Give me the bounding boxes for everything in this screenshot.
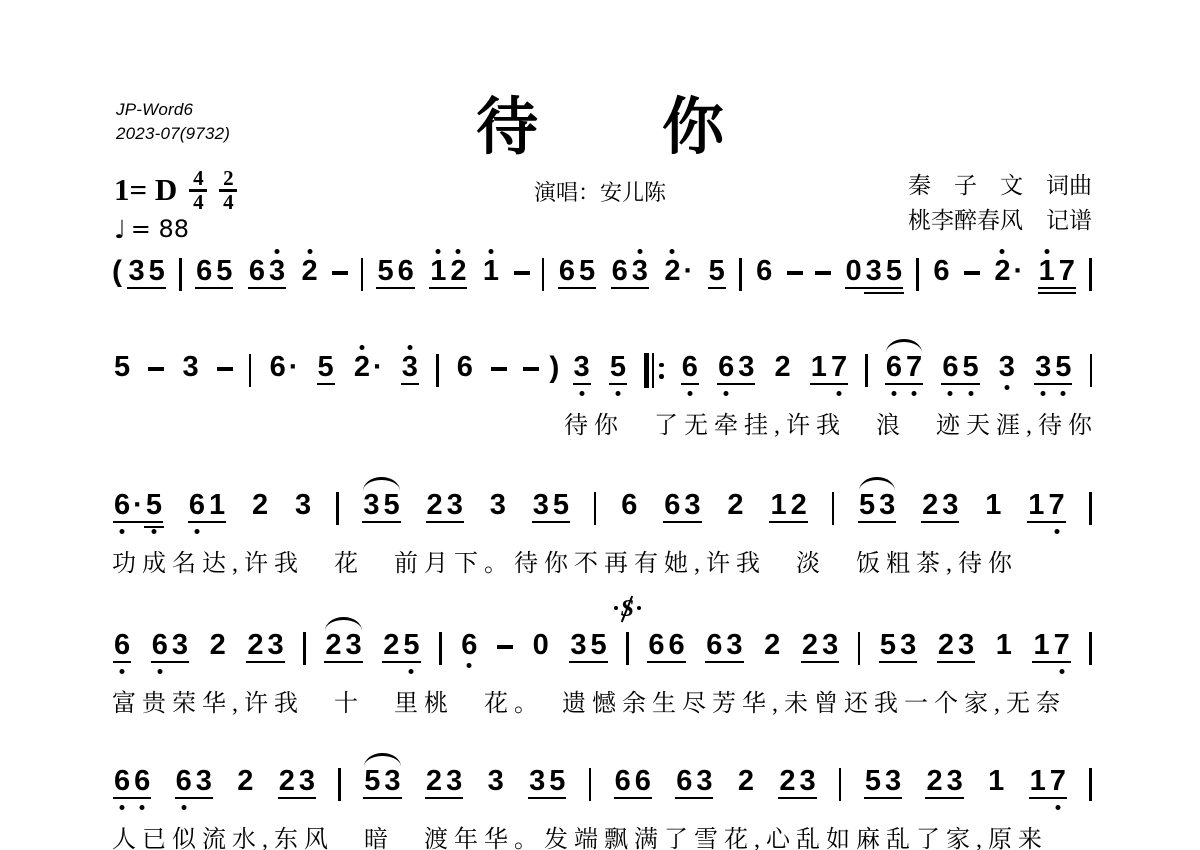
quarter-note-icon: ♩ xyxy=(114,215,126,244)
note-group: 63 xyxy=(704,630,744,660)
time-sig-denominator: 4 xyxy=(223,194,234,211)
note-digit: 3 xyxy=(956,630,976,660)
note-group: 5 xyxy=(707,256,727,286)
note-digit: 3 xyxy=(293,490,313,520)
octave-down-dot xyxy=(1004,385,1009,390)
note-digit: 1 xyxy=(1031,630,1051,660)
note-group: 6 xyxy=(459,630,479,660)
octave-down-dot xyxy=(912,391,917,396)
note-group: 65 xyxy=(940,352,980,382)
note-digit: 5 xyxy=(316,352,336,382)
note-group: 35 xyxy=(568,630,608,660)
note-digit: 2 xyxy=(424,766,444,796)
note-group: 63 xyxy=(610,256,650,286)
dash-continuation xyxy=(148,367,164,371)
note-group: 3 xyxy=(400,352,420,382)
note-group: 5 xyxy=(112,352,132,382)
note-group: 12 xyxy=(428,256,468,286)
note-group: 17 xyxy=(1031,630,1071,660)
note-digit: 2 xyxy=(736,766,756,796)
note-digit: 5 xyxy=(547,766,567,796)
note-digit: 7 xyxy=(1048,766,1068,796)
octave-down-dot xyxy=(1041,391,1046,396)
note-group: 66 xyxy=(646,630,686,660)
note-digit: 3 xyxy=(797,766,817,796)
notes-row: 66322323256035S66632235323117 xyxy=(112,630,1092,674)
note-digit: 3 xyxy=(820,630,840,660)
note-digit: 6 xyxy=(132,766,152,796)
octave-down-dot xyxy=(151,529,156,534)
octave-up-dot xyxy=(456,249,461,254)
lyricist-composer-credit: 秦 子 文 词曲 xyxy=(908,168,1092,203)
note-digit: 3 xyxy=(572,352,592,382)
octave-up-dot xyxy=(1044,249,1049,254)
augmentation-dot: · xyxy=(1012,256,1024,286)
note-group: 23 xyxy=(924,766,964,796)
dash-continuation xyxy=(332,271,348,275)
note-group: 23 xyxy=(424,766,464,796)
note-group: 53 xyxy=(863,766,903,796)
note-digit: 6 xyxy=(680,352,700,382)
note-digit: 3 xyxy=(400,352,420,382)
note-digit: 2 xyxy=(992,256,1012,286)
note-group: 23 xyxy=(936,630,976,660)
note-digit: 6 xyxy=(247,256,267,286)
music-system: 536·52·36)356632176765335待你 了无牵挂,许我 浪 迹天… xyxy=(112,352,1092,440)
note-digit: 6 xyxy=(716,352,736,382)
octave-down-dot xyxy=(968,391,973,396)
repeat-dot xyxy=(659,363,664,368)
repeat-dot xyxy=(659,374,664,379)
note-digit: 3 xyxy=(444,766,464,796)
note-digit: 2 xyxy=(800,630,820,660)
note-group: 6 xyxy=(112,630,132,660)
time-sig-denominator: 4 xyxy=(193,194,204,211)
song-title: 待 你 xyxy=(0,96,1200,161)
note-digit: 2 xyxy=(235,766,255,796)
note-digit: 6 xyxy=(633,766,653,796)
note-digit: 2 xyxy=(762,630,782,660)
barline xyxy=(832,492,835,525)
note-digit: 3 xyxy=(898,630,918,660)
note-group: 035 xyxy=(844,256,904,286)
octave-up-dot xyxy=(407,345,412,350)
note-digit: 0 xyxy=(531,630,551,660)
barline xyxy=(439,632,442,665)
note-digit: 5 xyxy=(214,256,234,286)
note-group: 63 xyxy=(247,256,287,286)
note-group: 35 xyxy=(527,766,567,796)
repeat-begin-sign xyxy=(644,353,664,388)
credits-block: 秦 子 文 词曲 桃李醉春风 记谱 xyxy=(908,168,1092,238)
note-digit: 2 xyxy=(250,490,270,520)
note-digit: 3 xyxy=(877,490,897,520)
note-digit: 7 xyxy=(1052,630,1072,660)
note-group: 67 xyxy=(884,352,924,382)
note-digit: 6 xyxy=(112,766,132,796)
note-digit: 6 xyxy=(610,256,630,286)
note-digit: 3 xyxy=(344,630,364,660)
note-digit: 2 xyxy=(448,256,468,286)
barline xyxy=(1089,258,1092,291)
barline xyxy=(179,258,182,291)
note-digit: 1 xyxy=(809,352,829,382)
note-group: 2 xyxy=(300,256,320,286)
barline xyxy=(1089,492,1092,525)
note-digit: 1 xyxy=(994,630,1014,660)
note-digit: 6 xyxy=(613,766,633,796)
repeat-thick-bar xyxy=(644,353,649,388)
music-system: 6663223532333566632235323117人已似流水,东风 暗 渡… xyxy=(112,766,1092,850)
music-system: 66322323256035S66632235323117富贵荣华,许我 十 里… xyxy=(112,630,1092,718)
note-group: 2· xyxy=(352,352,384,382)
dash-continuation xyxy=(497,645,513,649)
note-digit: 3 xyxy=(445,490,465,520)
note-group: 53 xyxy=(878,630,918,660)
note-group: 1 xyxy=(983,490,1003,520)
note-group: 17 xyxy=(1026,490,1066,520)
tempo-value: = 88 xyxy=(131,215,189,243)
note-digit: 7 xyxy=(1057,256,1077,286)
note-digit: 1 xyxy=(768,490,788,520)
note-group: 23 xyxy=(920,490,960,520)
barline: S xyxy=(626,632,629,665)
note-digit: 6 xyxy=(667,630,687,660)
note-digit: 2 xyxy=(725,490,745,520)
note-digit: 6 xyxy=(459,630,479,660)
octave-down-dot xyxy=(181,805,186,810)
note-digit: 3 xyxy=(267,256,287,286)
repeat-dots xyxy=(659,363,664,379)
note-group: 6 xyxy=(619,490,639,520)
dash-continuation xyxy=(491,367,507,371)
note-digit: 2 xyxy=(323,630,343,660)
notes-row: (35656325612165632·5603562·17 xyxy=(112,256,1092,300)
notes-row: 6663223532333566632235323117 xyxy=(112,766,1092,810)
octave-down-dot xyxy=(120,805,125,810)
octave-down-dot xyxy=(687,391,692,396)
note-digit: 6 xyxy=(674,766,694,796)
note-digit: 5 xyxy=(577,256,597,286)
note-group: 63 xyxy=(150,630,190,660)
lyrics-line: 人已似流水,东风 暗 渡年华。发端飘满了雪花,心乱如麻乱了家,原来 xyxy=(112,819,1092,850)
barline xyxy=(916,258,919,291)
octave-down-dot xyxy=(1054,529,1059,534)
tempo-row: ♩ = 88 xyxy=(114,215,237,244)
notes-row: 6·5612335233356632125323117 xyxy=(112,490,1092,534)
note-group: 3 xyxy=(488,490,508,520)
note-group: 66 xyxy=(112,766,152,796)
note-group: 6 xyxy=(931,256,951,286)
note-digit: 5 xyxy=(608,352,628,382)
parenthesis: ( xyxy=(112,256,122,287)
dash-continuation xyxy=(815,271,831,275)
note-digit: 6 xyxy=(174,766,194,796)
note-digit: 5 xyxy=(362,766,382,796)
note-group: 66 xyxy=(613,766,653,796)
music-system: (35656325612165632·5603562·17 xyxy=(112,256,1092,300)
dash-continuation xyxy=(964,271,980,275)
note-digit: 2 xyxy=(352,352,372,382)
note-digit: 5 xyxy=(112,352,132,382)
note-group: 5 xyxy=(316,352,336,382)
note-digit: 3 xyxy=(170,630,190,660)
note-group: 6· xyxy=(268,352,300,382)
parenthesis: ) xyxy=(549,352,559,383)
barline xyxy=(249,354,252,387)
note-group: 6 xyxy=(455,352,475,382)
note-digit: 3 xyxy=(126,256,146,286)
note-digit: 3 xyxy=(736,352,756,382)
note-digit: 2 xyxy=(936,630,956,660)
note-digit: 6 xyxy=(112,630,132,660)
note-digit: 2 xyxy=(777,766,797,796)
octave-down-dot xyxy=(120,529,125,534)
note-digit: 6 xyxy=(704,630,724,660)
notes-row: 536·52·36)356632176765335 xyxy=(112,352,1092,396)
note-digit: 7 xyxy=(1046,490,1066,520)
barline xyxy=(1089,768,1092,801)
note-group: 23 xyxy=(425,490,465,520)
octave-down-dot xyxy=(1059,669,1064,674)
augmentation-dot: · xyxy=(132,490,144,520)
note-group: 1 xyxy=(986,766,1006,796)
octave-down-dot xyxy=(467,663,472,668)
note-group: 2 xyxy=(725,490,745,520)
note-digit: 5 xyxy=(382,490,402,520)
repeat-thin-bar xyxy=(652,353,654,388)
note-digit: 3 xyxy=(997,352,1017,382)
augmentation-dot: · xyxy=(372,352,384,382)
note-group: 63 xyxy=(662,490,702,520)
note-group: 17 xyxy=(809,352,849,382)
note-digit: 0 xyxy=(844,256,864,286)
octave-down-dot xyxy=(615,391,620,396)
dash-continuation xyxy=(787,271,803,275)
lyrics-line: 功成名达,许我 花 前月下。待你不再有她,许我 淡 饭粗茶,待你 xyxy=(112,543,1092,578)
time-signature-second: 2 4 xyxy=(219,170,237,211)
note-digit: 1 xyxy=(1037,256,1057,286)
octave-down-dot xyxy=(140,805,145,810)
octave-down-dot xyxy=(409,669,414,674)
note-digit: 1 xyxy=(983,490,1003,520)
note-group: 65 xyxy=(194,256,234,286)
octave-down-dot xyxy=(157,669,162,674)
octave-down-dot xyxy=(1061,391,1066,396)
note-digit: 6 xyxy=(646,630,666,660)
note-digit: 6 xyxy=(396,256,416,286)
note-group: 23 xyxy=(277,766,317,796)
octave-down-dot xyxy=(120,669,125,674)
note-group: 35 xyxy=(126,256,166,286)
barline xyxy=(858,632,861,665)
lyrics-line: 待你 了无牵挂,许我 浪 迹天涯,待你 xyxy=(564,405,1092,440)
note-group: 6·5 xyxy=(112,490,164,520)
note-digit: 3 xyxy=(382,766,402,796)
time-signature-first: 4 4 xyxy=(189,170,207,211)
note-group: 65 xyxy=(557,256,597,286)
note-group: 63 xyxy=(174,766,214,796)
note-digit: 3 xyxy=(568,630,588,660)
note-group: 53 xyxy=(362,766,402,796)
note-digit: 5 xyxy=(863,766,883,796)
note-digit: 6 xyxy=(194,256,214,286)
octave-up-dot xyxy=(670,249,675,254)
note-digit: 5 xyxy=(144,490,164,520)
note-digit: 2 xyxy=(208,630,228,660)
barline xyxy=(436,354,439,387)
note-digit: 6 xyxy=(150,630,170,660)
key-signature-block: 1= D 4 4 2 4 ♩ = 88 xyxy=(114,170,237,244)
barline xyxy=(589,768,592,801)
note-digit: 1 xyxy=(207,490,227,520)
note-digit: 3 xyxy=(180,352,200,382)
note-group: 6 xyxy=(754,256,774,286)
note-digit: 2 xyxy=(425,490,445,520)
note-digit: 3 xyxy=(682,490,702,520)
octave-up-dot xyxy=(488,249,493,254)
note-group: 5 xyxy=(608,352,628,382)
note-digit: 5 xyxy=(589,630,609,660)
barline xyxy=(303,632,306,665)
note-digit: 7 xyxy=(904,352,924,382)
note-digit: 6 xyxy=(268,352,288,382)
note-digit: 2 xyxy=(245,630,265,660)
note-digit: 1 xyxy=(481,256,501,286)
note-digit: 5 xyxy=(857,490,877,520)
octave-down-dot xyxy=(1055,805,1060,810)
note-digit: 2 xyxy=(381,630,401,660)
note-digit: 5 xyxy=(551,490,571,520)
note-digit: 5 xyxy=(401,630,421,660)
music-system: 6·5612335233356632125323117功成名达,许我 花 前月下… xyxy=(112,490,1092,578)
octave-down-dot xyxy=(891,391,896,396)
note-group: 1 xyxy=(481,256,501,286)
note-group: 12 xyxy=(768,490,808,520)
note-digit: 3 xyxy=(527,766,547,796)
note-digit: 2 xyxy=(789,490,809,520)
note-digit: 5 xyxy=(1053,352,1073,382)
octave-up-dot xyxy=(436,249,441,254)
note-digit: 6 xyxy=(455,352,475,382)
note-digit: 3 xyxy=(694,766,714,796)
note-group: 3 xyxy=(997,352,1017,382)
note-digit: 6 xyxy=(557,256,577,286)
note-group: 23 xyxy=(245,630,285,660)
note-digit: 3 xyxy=(488,490,508,520)
note-group: 2· xyxy=(992,256,1024,286)
note-digit: 6 xyxy=(619,490,639,520)
note-digit: 6 xyxy=(940,352,960,382)
octave-up-dot xyxy=(1000,249,1005,254)
note-group: 63 xyxy=(716,352,756,382)
sheet-music-page: JP-Word6 2023-07(9732) 待 你 演唱：安儿陈 秦 子 文 … xyxy=(0,0,1200,850)
octave-up-dot xyxy=(307,249,312,254)
note-digit: 3 xyxy=(724,630,744,660)
octave-down-dot xyxy=(948,391,953,396)
note-group: 3 xyxy=(572,352,592,382)
note-group: 23 xyxy=(777,766,817,796)
note-digit: 3 xyxy=(361,490,381,520)
note-digit: 3 xyxy=(531,490,551,520)
barline xyxy=(594,492,597,525)
note-digit: 1 xyxy=(1026,490,1046,520)
note-digit: 5 xyxy=(878,630,898,660)
note-group: 56 xyxy=(375,256,415,286)
barline xyxy=(542,258,545,291)
note-group: 3 xyxy=(486,766,506,796)
octave-down-dot xyxy=(579,391,584,396)
augmentation-dot: · xyxy=(682,256,694,286)
note-group: 2 xyxy=(773,352,793,382)
note-group: 35 xyxy=(1033,352,1073,382)
octave-down-dot xyxy=(194,529,199,534)
note-digit: 2 xyxy=(773,352,793,382)
lyrics-line: 富贵荣华,许我 十 里桃 花。 遗憾余生尽芳华,未曾还我一个家,无奈 xyxy=(112,683,1092,718)
octave-down-dot xyxy=(724,391,729,396)
note-digit: 3 xyxy=(486,766,506,796)
barline xyxy=(1089,632,1092,665)
octave-down-dot xyxy=(837,391,842,396)
note-group: 25 xyxy=(381,630,421,660)
note-digit: 5 xyxy=(147,256,167,286)
note-group: 2· xyxy=(662,256,694,286)
note-group: 17 xyxy=(1028,766,1068,796)
note-group: 2 xyxy=(235,766,255,796)
barline xyxy=(338,768,341,801)
note-digit: 2 xyxy=(924,766,944,796)
note-digit: 2 xyxy=(662,256,682,286)
octave-up-dot xyxy=(637,249,642,254)
note-digit: 2 xyxy=(920,490,940,520)
note-digit: 3 xyxy=(194,766,214,796)
octave-up-dot xyxy=(359,345,364,350)
note-digit: 1 xyxy=(428,256,448,286)
note-digit: 3 xyxy=(864,256,884,286)
note-group: 3 xyxy=(293,490,313,520)
octave-up-dot xyxy=(275,249,280,254)
note-digit: 6 xyxy=(754,256,774,286)
note-group: 2 xyxy=(736,766,756,796)
dash-continuation xyxy=(523,367,539,371)
transcriber-credit: 桃李醉春风 记谱 xyxy=(908,203,1092,238)
note-group: 35 xyxy=(531,490,571,520)
barline xyxy=(739,258,742,291)
note-digit: 3 xyxy=(883,766,903,796)
dash-continuation xyxy=(514,271,530,275)
segno-dot xyxy=(637,606,641,610)
time-sig-numerator: 2 xyxy=(223,170,234,187)
augmentation-dot: · xyxy=(288,352,300,382)
note-group: 2 xyxy=(250,490,270,520)
barline xyxy=(839,768,842,801)
note-group: 1 xyxy=(994,630,1014,660)
note-digit: 1 xyxy=(1028,766,1048,796)
note-group: 17 xyxy=(1037,256,1077,286)
note-digit: 5 xyxy=(375,256,395,286)
note-digit: 3 xyxy=(945,766,965,796)
note-digit: 3 xyxy=(266,630,286,660)
note-digit: 5 xyxy=(707,256,727,286)
note-group: 23 xyxy=(800,630,840,660)
note-group: 35 xyxy=(361,490,401,520)
note-digit: 2 xyxy=(300,256,320,286)
note-group: 2 xyxy=(762,630,782,660)
note-digit: 5 xyxy=(960,352,980,382)
barline xyxy=(336,492,339,525)
segno-icon: S xyxy=(617,595,637,623)
note-digit: 1 xyxy=(986,766,1006,796)
